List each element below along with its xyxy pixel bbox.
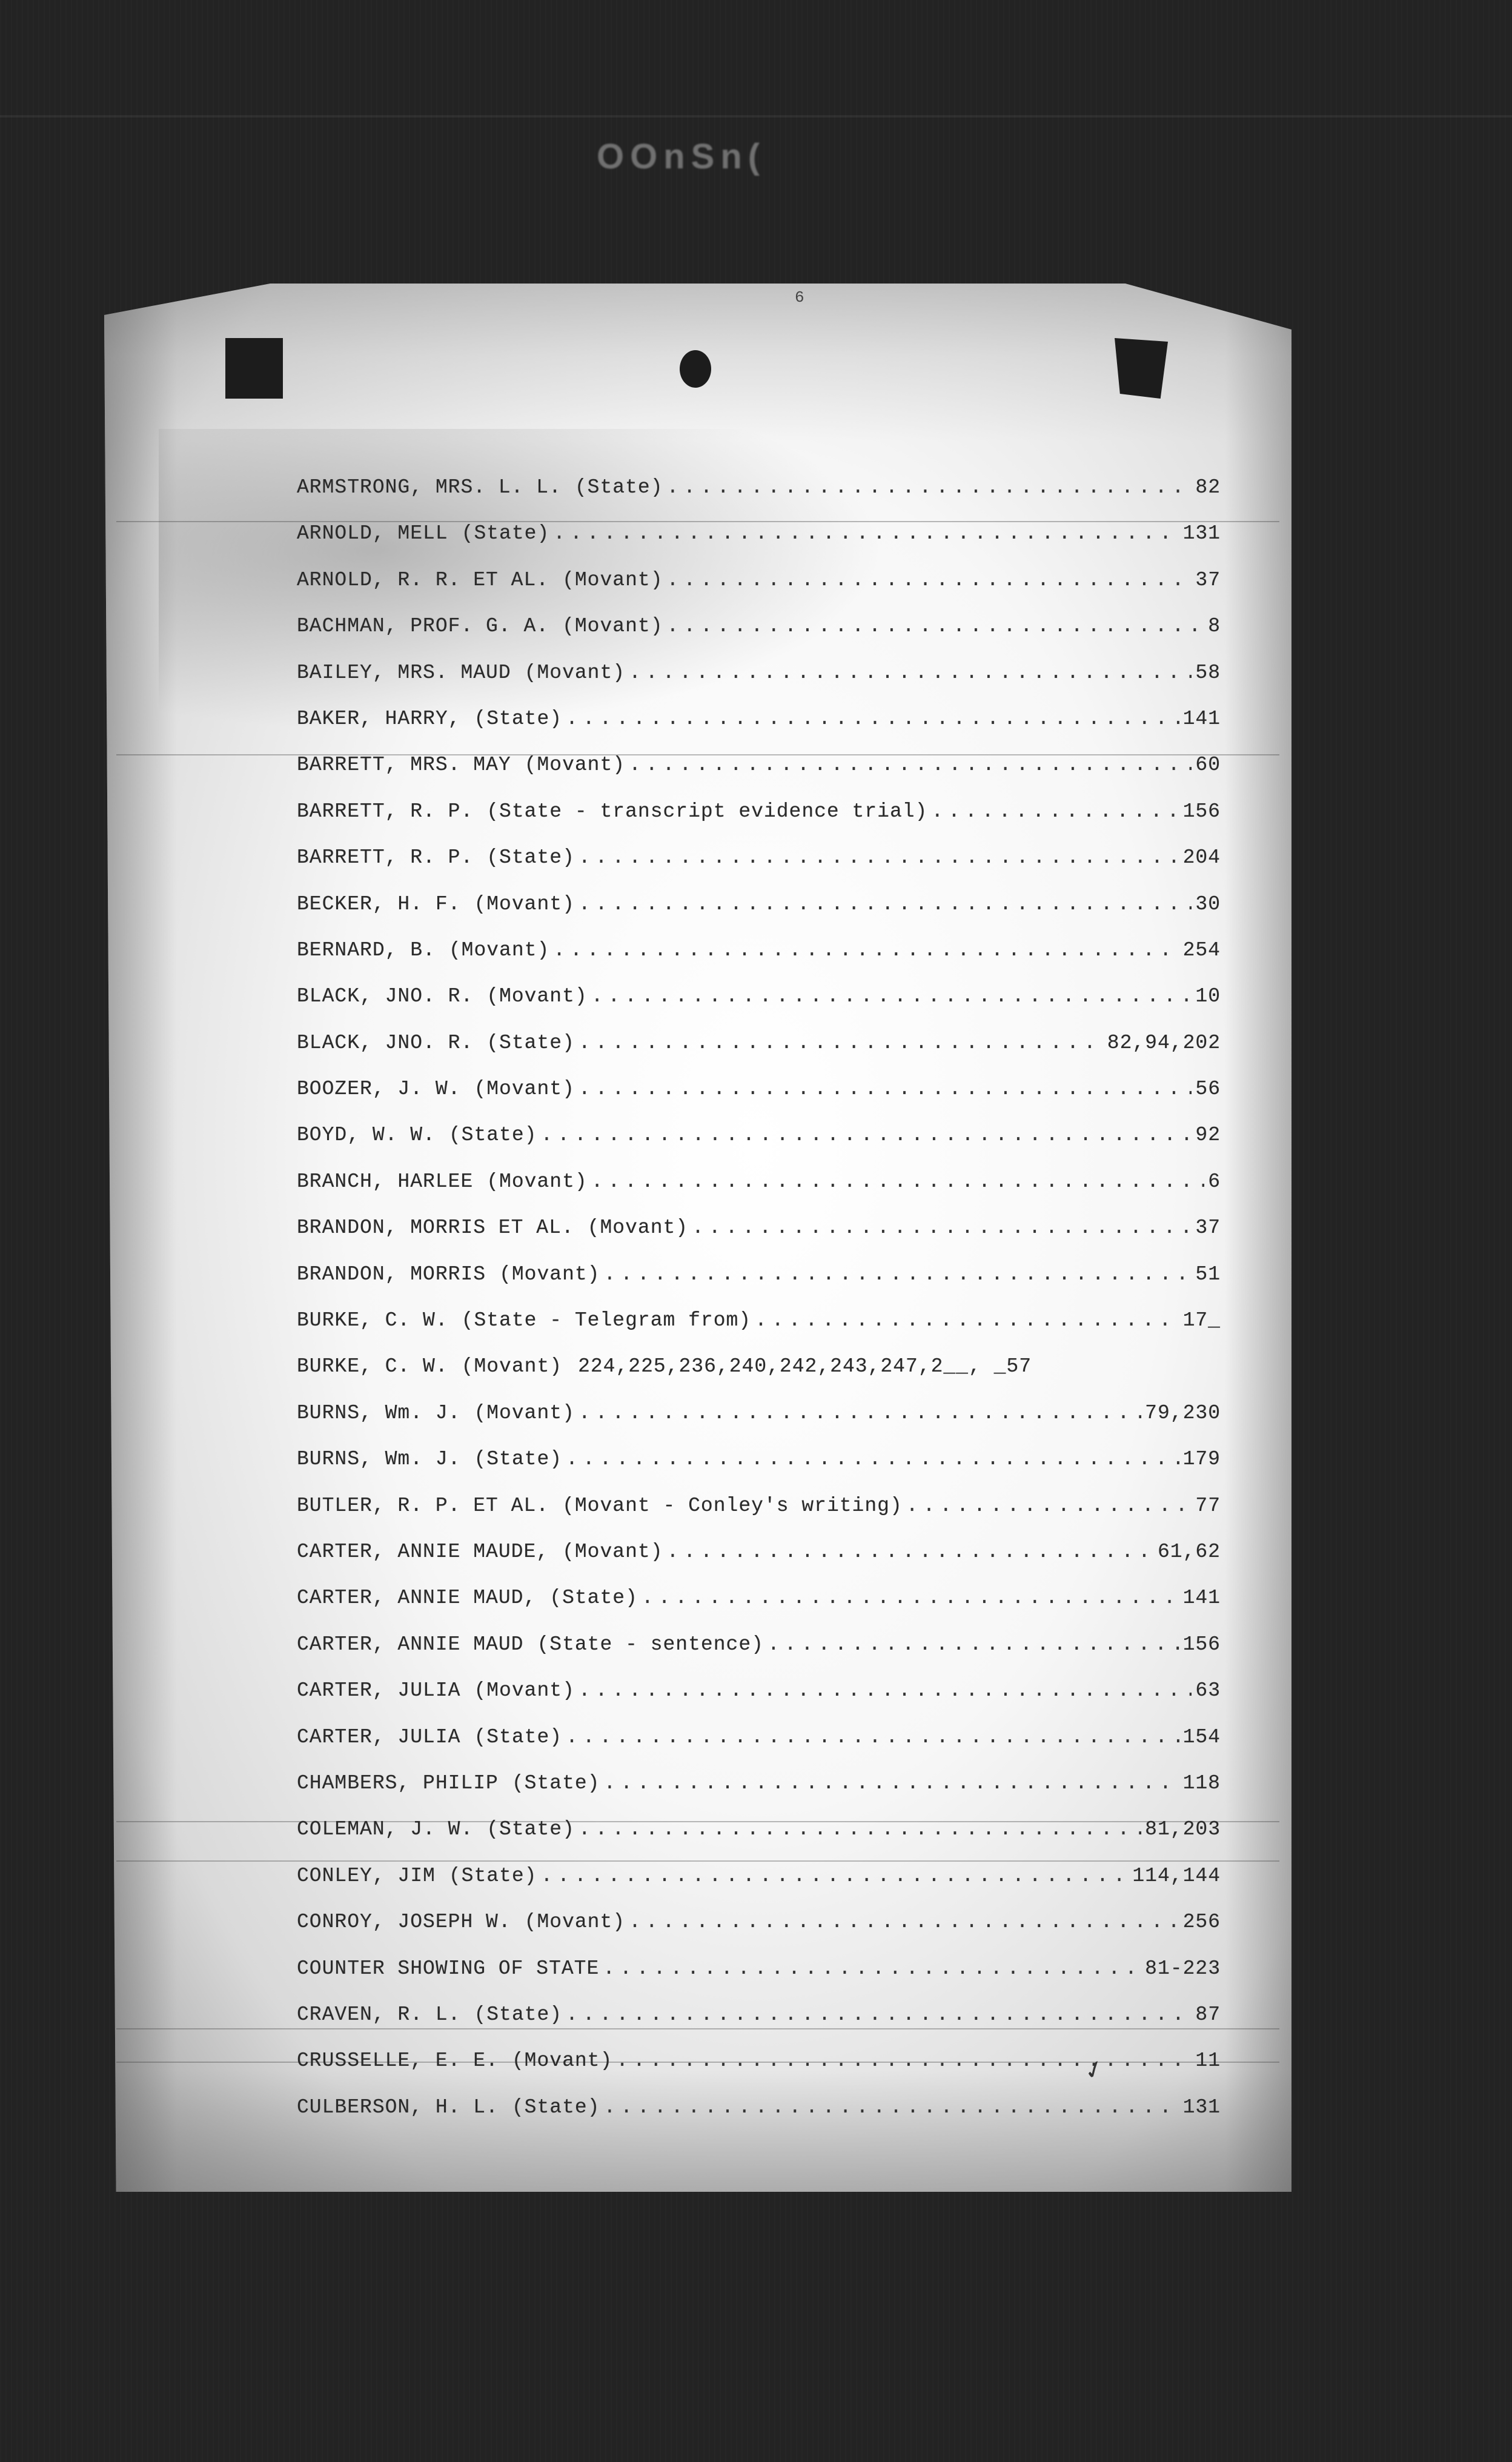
- dot-leader: [579, 893, 1192, 915]
- entry-party: (Movant): [525, 754, 625, 776]
- index-entry: BURKE, C. W. (State - Telegram from) 17_: [297, 1309, 1221, 1355]
- index-entry: CONLEY, JIM (State) 114,144: [297, 1865, 1221, 1911]
- entry-name: ARNOLD, R. R. ET AL.: [297, 569, 549, 591]
- dot-leader: [906, 1495, 1192, 1517]
- entry-name: ARNOLD, MELL: [297, 522, 448, 545]
- entry-name: ARMSTRONG, MRS. L. L.: [297, 476, 562, 499]
- index-entry: BURKE, C. W. (Movant) 224,225,236,240,24…: [297, 1355, 1221, 1401]
- dot-leader: [579, 1402, 1141, 1424]
- entry-name: BARRETT, R. P.: [297, 800, 473, 823]
- entry-name: BARRETT, MRS. MAY: [297, 754, 511, 776]
- entry-page-numbers: 79,230: [1145, 1402, 1221, 1424]
- entry-party: (Movant): [499, 1263, 600, 1286]
- dot-leader: [692, 1216, 1192, 1239]
- entry-page-numbers: 82,94,202: [1107, 1032, 1221, 1054]
- index-entry: ARNOLD, MELL (State) 131: [297, 522, 1221, 568]
- entry-page-numbers: 10: [1195, 985, 1221, 1007]
- punch-hole-center: [680, 350, 711, 388]
- index-entry: CONROY, JOSEPH W. (Movant) 256: [297, 1911, 1221, 1957]
- entry-page-numbers: 82: [1195, 476, 1221, 499]
- entry-page-numbers: 92: [1195, 1124, 1221, 1146]
- entry-name: CHAMBERS, PHILIP: [297, 1772, 499, 1794]
- index-entry: CARTER, JULIA (Movant) 63: [297, 1679, 1221, 1725]
- entry-name: BECKER, H. F.: [297, 893, 460, 915]
- entry-page-numbers: 204: [1183, 846, 1221, 869]
- entry-party: (Movant): [588, 1216, 688, 1239]
- dot-leader: [591, 1170, 1205, 1193]
- index-entry: BAILEY, MRS. MAUD (Movant) 58: [297, 662, 1221, 708]
- index-entry: ARMSTRONG, MRS. L. L. (State) 82: [297, 476, 1221, 522]
- dot-leader: [603, 2096, 1179, 2119]
- entry-page-numbers: 63: [1195, 1679, 1221, 1702]
- dot-leader: [566, 2003, 1192, 2026]
- entry-party: (State): [512, 1772, 600, 1794]
- entry-name: BRANCH, HARLEE: [297, 1170, 473, 1193]
- entry-page-numbers: 81-223: [1145, 1957, 1221, 1980]
- entry-name: BURKE, C. W.: [297, 1355, 448, 1378]
- entry-page-numbers: 77: [1195, 1495, 1221, 1517]
- entry-party: (State): [474, 2003, 562, 2026]
- entry-page-numbers: 114,144: [1132, 1865, 1221, 1887]
- page-top-mark: 6: [795, 288, 804, 307]
- dot-leader: [604, 1263, 1192, 1286]
- index-entry: CARTER, ANNIE MAUD (State - sentence) 15…: [297, 1633, 1221, 1679]
- index-entry: BECKER, H. F. (Movant) 30: [297, 893, 1221, 939]
- dot-leader: [540, 1124, 1192, 1146]
- entry-name: BAKER, HARRY,: [297, 708, 460, 730]
- index-entry: CARTER, JULIA (State) 154: [297, 1726, 1221, 1772]
- dot-leader: [566, 1448, 1179, 1470]
- entry-page-numbers: 154: [1183, 1726, 1221, 1748]
- entry-name: BARRETT, R. P.: [297, 846, 473, 869]
- index-entry: BUTLER, R. P. ET AL. (Movant - Conley's …: [297, 1495, 1221, 1541]
- film-reel-label: OOnSn(: [597, 136, 766, 177]
- entry-name: CARTER, JULIA: [297, 1726, 460, 1748]
- entry-page-numbers: 224,225,236,240,242,243,247,2__, _57: [578, 1355, 1032, 1378]
- entry-page-numbers: 60: [1195, 754, 1221, 776]
- entry-name: CRAVEN, R. L.: [297, 2003, 460, 2026]
- entry-page-numbers: 37: [1195, 1216, 1221, 1239]
- entry-party: (Movant): [474, 893, 574, 915]
- entry-name: BOYD, W. W.: [297, 1124, 436, 1146]
- entry-page-numbers: 118: [1183, 1772, 1221, 1794]
- entry-party: (Movant): [486, 1170, 587, 1193]
- index-entry: BOYD, W. W. (State) 92: [297, 1124, 1221, 1170]
- index-entry: CARTER, ANNIE MAUDE, (Movant) 61,62: [297, 1541, 1221, 1587]
- entry-page-numbers: 131: [1183, 522, 1221, 545]
- index-entry: BOOZER, J. W. (Movant) 56: [297, 1078, 1221, 1124]
- entry-name: BERNARD, B.: [297, 939, 436, 961]
- entry-party: (Movant): [512, 2049, 612, 2072]
- index-entry: BARRETT, R. P. (State) 204: [297, 846, 1221, 892]
- dot-leader: [629, 1911, 1179, 1933]
- dot-leader: [616, 2049, 1192, 2072]
- entry-party: (State - sentence): [537, 1633, 763, 1656]
- entry-party: (Movant): [474, 1078, 574, 1100]
- index-entries: ARMSTRONG, MRS. L. L. (State) 82 ARNOLD,…: [297, 476, 1221, 2142]
- entry-page-numbers: 58: [1195, 662, 1221, 684]
- entry-party: (State - Telegram from): [462, 1309, 751, 1332]
- dot-leader: [591, 985, 1192, 1007]
- index-entry: CHAMBERS, PHILIP (State) 118: [297, 1772, 1221, 1818]
- dot-leader: [579, 846, 1179, 869]
- entry-name: BAILEY, MRS. MAUD: [297, 662, 511, 684]
- entry-page-numbers: 179: [1183, 1448, 1221, 1470]
- entry-party: (State): [449, 1124, 537, 1146]
- dot-leader: [553, 522, 1179, 545]
- entry-page-numbers: 8: [1208, 615, 1221, 637]
- entry-page-numbers: 156: [1183, 1633, 1221, 1656]
- entry-party: (State): [575, 476, 663, 499]
- entry-name: CARTER, JULIA: [297, 1679, 460, 1702]
- index-entry: BURNS, Wm. J. (Movant) 79,230: [297, 1402, 1221, 1448]
- dot-leader: [768, 1633, 1179, 1656]
- index-entry: BARRETT, MRS. MAY (Movant) 60: [297, 754, 1221, 800]
- entry-page-numbers: 37: [1195, 569, 1221, 591]
- index-entry: CULBERSON, H. L. (State) 131: [297, 2096, 1221, 2142]
- entry-name: CARTER, ANNIE MAUDE,: [297, 1541, 549, 1563]
- entry-party: (Movant): [486, 985, 587, 1007]
- entry-party: (State): [462, 522, 550, 545]
- entry-name: CULBERSON, H. L.: [297, 2096, 499, 2119]
- dot-leader: [579, 1078, 1192, 1100]
- entry-page-numbers: 17_: [1183, 1309, 1221, 1332]
- index-entry: BRANDON, MORRIS ET AL. (Movant) 37: [297, 1216, 1221, 1263]
- entry-name: COLEMAN, J. W.: [297, 1818, 473, 1840]
- entry-party: (State): [512, 2096, 600, 2119]
- entry-party: (Movant): [562, 1541, 663, 1563]
- entry-name: CARTER, ANNIE MAUD: [297, 1633, 523, 1656]
- dot-leader: [931, 800, 1179, 823]
- entry-party: (State): [474, 708, 562, 730]
- entry-party: (Movant): [474, 1402, 574, 1424]
- punch-hole-right: [1115, 338, 1168, 399]
- dot-leader: [566, 708, 1179, 730]
- entry-party: (State): [474, 1726, 562, 1748]
- index-page: 6 ARMSTRONG, MRS. L. L. (State) 82 ARNOL…: [104, 284, 1291, 2192]
- dot-leader: [603, 1957, 1141, 1980]
- entry-party: (Movant): [449, 939, 549, 961]
- index-entry: BRANCH, HARLEE (Movant) 6: [297, 1170, 1221, 1216]
- index-entry: COLEMAN, J. W. (State) 81,203: [297, 1818, 1221, 1864]
- entry-name: BUTLER, R. P. ET AL.: [297, 1495, 549, 1517]
- index-entry: BARRETT, R. P. (State - transcript evide…: [297, 800, 1221, 846]
- entry-party: (State): [486, 1818, 575, 1840]
- entry-name: BRANDON, MORRIS ET AL.: [297, 1216, 574, 1239]
- entry-name: BURKE, C. W.: [297, 1309, 448, 1332]
- index-entry: BRANDON, MORRIS (Movant) 51: [297, 1263, 1221, 1309]
- punch-hole-left: [225, 338, 283, 399]
- entry-page-numbers: 56: [1195, 1078, 1221, 1100]
- entry-page-numbers: 141: [1183, 708, 1221, 730]
- index-entry: BACHMAN, PROF. G. A. (Movant) 8: [297, 615, 1221, 661]
- entry-page-numbers: 6: [1208, 1170, 1221, 1193]
- entry-page-numbers: 87: [1195, 2003, 1221, 2026]
- dot-leader: [667, 476, 1192, 499]
- entry-page-numbers: 141: [1183, 1587, 1221, 1609]
- dot-leader: [642, 1587, 1179, 1609]
- dot-leader: [553, 939, 1179, 961]
- entry-page-numbers: 11: [1195, 2049, 1221, 2072]
- entry-page-numbers: 61,62: [1158, 1541, 1221, 1563]
- entry-name: COUNTER SHOWING OF STATE: [297, 1957, 599, 1980]
- index-entry: BURNS, Wm. J. (State) 179: [297, 1448, 1221, 1494]
- entry-party: (State - transcript evidence trial): [486, 800, 927, 823]
- entry-page-numbers: 131: [1183, 2096, 1221, 2119]
- dot-leader: [566, 1726, 1179, 1748]
- index-entry: BERNARD, B. (Movant) 254: [297, 939, 1221, 985]
- entry-page-numbers: 156: [1183, 800, 1221, 823]
- entry-party: (State): [549, 1587, 638, 1609]
- entry-name: BURNS, Wm. J.: [297, 1402, 460, 1424]
- entry-party: (Movant): [462, 1355, 562, 1378]
- entry-party: (Movant): [525, 1911, 625, 1933]
- entry-party: (Movant): [562, 569, 663, 591]
- entry-page-numbers: 51: [1195, 1263, 1221, 1286]
- dot-leader: [540, 1865, 1129, 1887]
- entry-name: CONROY, JOSEPH W.: [297, 1911, 511, 1933]
- entry-party: (State): [474, 1448, 562, 1470]
- entry-name: BOOZER, J. W.: [297, 1078, 460, 1100]
- entry-name: CARTER, ANNIE MAUD,: [297, 1587, 536, 1609]
- dot-leader: [579, 1818, 1141, 1840]
- entry-party: (Movant): [525, 662, 625, 684]
- entry-page-numbers: 254: [1183, 939, 1221, 961]
- entry-party: (Movant): [562, 615, 663, 637]
- dot-leader: [755, 1309, 1179, 1332]
- entry-page-numbers: 81,203: [1145, 1818, 1221, 1840]
- entry-party: (State): [486, 1032, 575, 1054]
- dot-leader: [667, 569, 1192, 591]
- film-edge-streak: [0, 115, 1512, 118]
- index-entry: BLACK, JNO. R. (State) 82,94,202: [297, 1032, 1221, 1078]
- index-entry: COUNTER SHOWING OF STATE 81-223: [297, 1957, 1221, 2003]
- dot-leader: [629, 754, 1192, 776]
- entry-page-numbers: 30: [1195, 893, 1221, 915]
- entry-party: (State): [449, 1865, 537, 1887]
- index-entry: ARNOLD, R. R. ET AL. (Movant) 37: [297, 569, 1221, 615]
- dot-leader: [667, 1541, 1154, 1563]
- entry-page-numbers: 256: [1183, 1911, 1221, 1933]
- entry-name: CONLEY, JIM: [297, 1865, 436, 1887]
- entry-name: BACHMAN, PROF. G. A.: [297, 615, 549, 637]
- entry-party: (Movant): [474, 1679, 574, 1702]
- entry-name: CRUSSELLE, E. E.: [297, 2049, 499, 2072]
- index-entry: CARTER, ANNIE MAUD, (State) 141: [297, 1587, 1221, 1633]
- entry-name: BRANDON, MORRIS: [297, 1263, 486, 1286]
- entry-party: (State): [486, 846, 575, 869]
- dot-leader: [629, 662, 1192, 684]
- entry-name: BLACK, JNO. R.: [297, 1032, 473, 1054]
- entry-name: BLACK, JNO. R.: [297, 985, 473, 1007]
- dot-leader: [579, 1679, 1192, 1702]
- index-entry: BAKER, HARRY, (State) 141: [297, 708, 1221, 754]
- dot-leader: [579, 1032, 1104, 1054]
- entry-party: (Movant - Conley's writing): [562, 1495, 903, 1517]
- entry-name: BURNS, Wm. J.: [297, 1448, 460, 1470]
- index-entry: CRAVEN, R. L. (State) 87: [297, 2003, 1221, 2049]
- dot-leader: [603, 1772, 1179, 1794]
- index-entry: BLACK, JNO. R. (Movant) 10: [297, 985, 1221, 1031]
- dot-leader: [667, 615, 1205, 637]
